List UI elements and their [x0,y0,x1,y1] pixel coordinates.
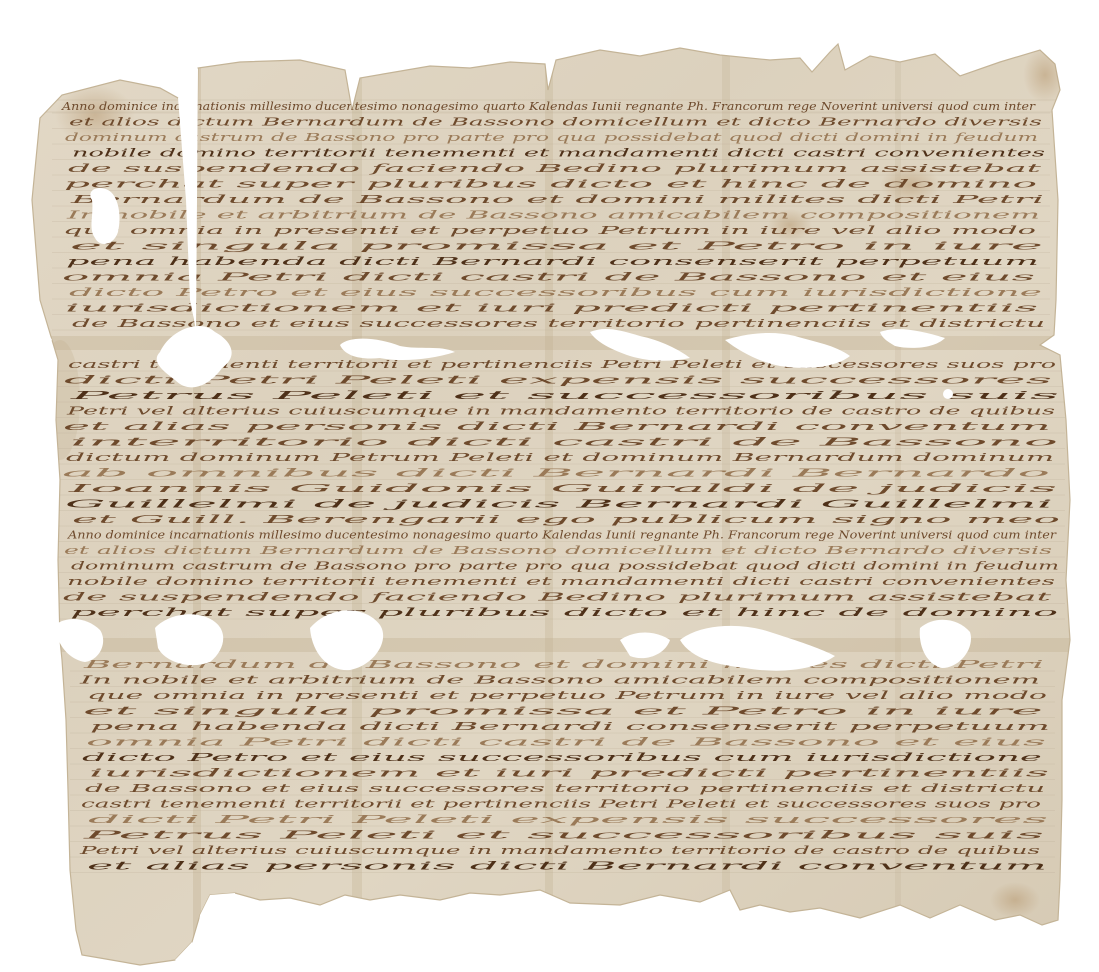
manuscript-line: de Bassono et eius successores territori… [85,781,1045,795]
manuscript-line: dicto Petro et eius successoribus cum iu… [69,285,1043,299]
manuscript-line: iurisdictionem et iuri predicti pertinen… [65,301,1038,315]
manuscript-line: et Guill. Berengarii ego publicum signo … [72,512,1060,526]
manuscript-line: Petrus Peleti et successoribus suis [79,828,1044,842]
parchment-charter-illustration: Anno dominice incarnationis millesimo du… [0,0,1099,972]
manuscript-line: dicto Petro et eius successoribus cum iu… [82,750,1043,764]
manuscript-line: de suspendendo faciendo Bedino plurimum … [68,161,1042,175]
manuscript-line: In nobile et arbitrium de Bassono amicab… [77,673,1040,687]
manuscript-line: dominum castrum de Bassono pro parte pro… [65,130,1038,144]
manuscript-line: que omnia in presenti et perpetuo Petrum… [87,688,1047,702]
manuscript-line: dominum castrum de Bassono pro parte pro… [71,559,1059,573]
handwritten-latin-text: Anno dominice incarnationis millesimo du… [52,99,1065,940]
manuscript-line: et alios dictum Bernardum de Bassono dom… [69,115,1042,129]
manuscript-line: Petrus Peleti et successoribus suis [66,388,1059,402]
manuscript-line: perchat super pluribus dicto et hinc de … [70,605,1058,619]
manuscript-line: Bernardum de Bassono et domini milites d… [68,192,1045,206]
manuscript-line: omnia Petri dicti castri de Bassono et e… [62,270,1035,284]
manuscript-line: et alias personis dicti Bernardi convent… [87,859,1047,873]
manuscript-line: omnia Petri dicti castri de Bassono et e… [86,735,1046,749]
parchment-photo: Anno dominice incarnationis millesimo du… [0,0,1099,972]
manuscript-line: Bernardum de Bassono et domini milites d… [81,657,1045,671]
manuscript-line: et singula promissa et Petro in iure [70,239,1044,253]
manuscript-line: et singula promissa et Petro in iure [83,704,1044,718]
manuscript-line: In nobile et arbitrium de Bassono amicab… [64,208,1040,222]
manuscript-line: castri tenementi territorii et pertinenc… [81,797,1041,811]
manuscript-line: que omnia in presenti et perpetuo Petrum… [63,223,1036,237]
manuscript-line: Guillelmi de judicis Bernardi Guillelmi [65,497,1054,511]
manuscript-line: nobile domino territorii tenementi et ma… [72,146,1045,160]
manuscript-line: nobile domino territorii tenementi et ma… [67,574,1055,588]
manuscript-line: interritorio dicti castri de Bassono [70,435,1058,449]
parchment-sheet: Anno dominice incarnationis millesimo du… [0,0,1099,972]
manuscript-line: dicti Petri Peleti expensis successores [88,812,1048,826]
manuscript-line: Anno dominice incarnationis millesimo du… [61,99,1037,113]
archival-notation: m [748,927,758,940]
manuscript-line: perchat super pluribus dicto et hinc de … [64,177,1037,191]
manuscript-line: Petri vel alterius cuiuscumque in mandam… [65,404,1055,418]
manuscript-line: Ioannis Guidonis Guiraldi de judicis [64,481,1057,495]
manuscript-line: et alios dictum Bernardum de Bassono dom… [64,543,1052,557]
manuscript-line: dictum dominum Petrum Peleti et dominum … [66,450,1054,464]
manuscript-line: Petri vel alterius cuiuscumque in mandam… [78,843,1040,857]
manuscript-line: pena habenda dicti Bernardi consenserit … [90,719,1050,733]
manuscript-line: pena habenda dicti Bernardi consenserit … [66,254,1039,268]
manuscript-line: ab omnibus dicti Bernardi Bernardo [62,466,1050,480]
manuscript-line: de Bassono et eius successores territori… [72,316,1045,330]
manuscript-line: et alias personis dicti Bernardi convent… [63,419,1051,433]
manuscript-line: iurisdictionem et iuri predicti pertinen… [89,766,1049,780]
manuscript-line: Anno dominice incarnationis millesimo du… [67,528,1058,542]
manuscript-line: de suspendendo faciendo Bedino plurimum … [63,590,1052,604]
